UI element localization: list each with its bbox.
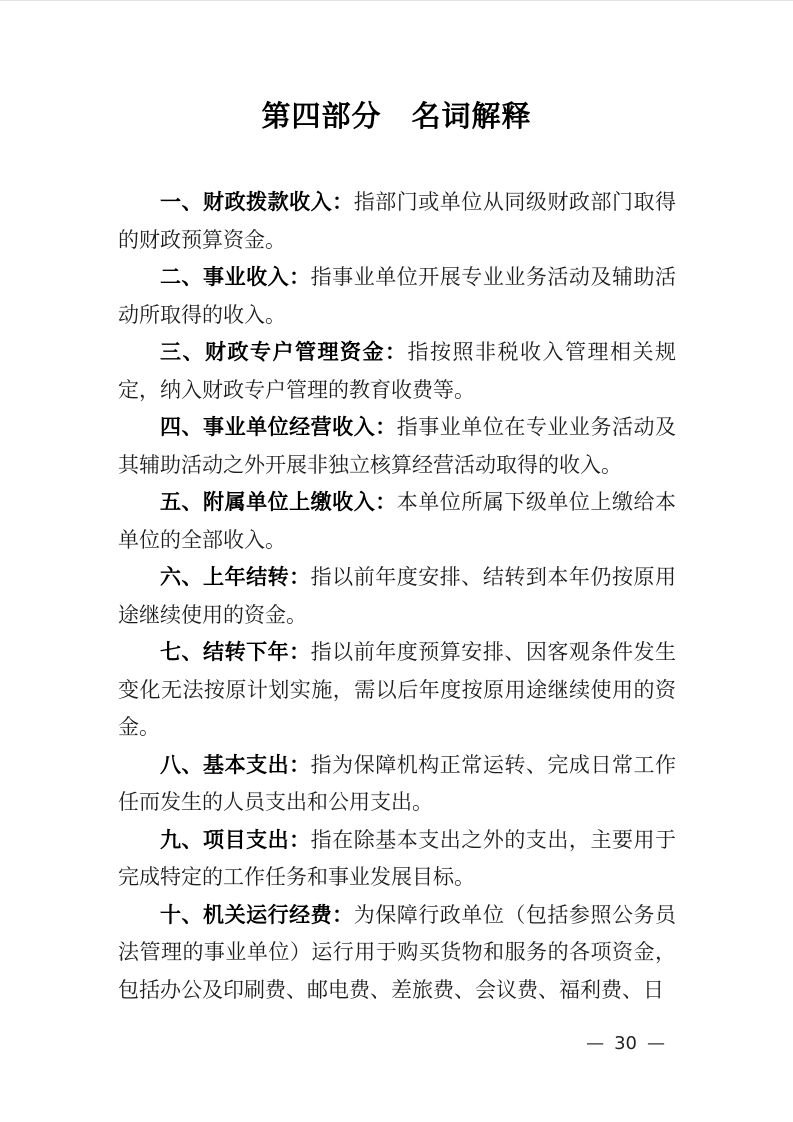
term-paragraph: 七、结转下年：指以前年度预算安排、因客观条件发生变化无法按原计划实施，需以后年度… (118, 634, 676, 747)
term-label: 四、事业单位经营收入： (160, 416, 397, 439)
term-paragraph: 六、上年结转：指以前年度安排、结转到本年仍按原用途继续使用的资金。 (118, 559, 676, 634)
term-paragraph: 二、事业收入：指事业单位开展专业业务活动及辅助活动所取得的收入。 (118, 259, 676, 334)
term-label: 十、机关运行经费： (160, 904, 354, 927)
page-title: 第四部分 名词解释 (0, 99, 793, 135)
term-label: 九、项目支出： (160, 829, 311, 852)
term-label: 一、财政拨款收入： (160, 191, 354, 214)
document-page: 第四部分 名词解释 一、财政拨款收入：指部门或单位从同级财政部门取得的财政预算资… (0, 0, 793, 1122)
term-label: 二、事业收入： (160, 266, 311, 289)
term-paragraph: 五、附属单位上缴收入：本单位所属下级单位上缴给本单位的全部收入。 (118, 484, 676, 559)
page-number: 30 (614, 1033, 637, 1054)
term-label: 七、结转下年： (160, 641, 311, 664)
term-paragraph: 十、机关运行经费：为保障行政单位（包括参照公务员法管理的事业单位）运行用于购买货… (118, 897, 676, 1010)
term-label: 六、上年结转： (160, 566, 311, 589)
term-paragraph: 九、项目支出：指在除基本支出之外的支出，主要用于完成特定的工作任务和事业发展目标… (118, 822, 676, 897)
document-body: 一、财政拨款收入：指部门或单位从同级财政部门取得的财政预算资金。 二、事业收入：… (118, 184, 676, 1009)
page-number-dash-left: — (586, 1033, 604, 1054)
term-label: 五、附属单位上缴收入： (160, 491, 397, 514)
page-number-dash-right: — (647, 1033, 665, 1054)
term-label: 三、财政专户管理资金： (160, 341, 408, 364)
term-paragraph: 三、财政专户管理资金：指按照非税收入管理相关规定，纳入财政专户管理的教育收费等。 (118, 334, 676, 409)
term-paragraph: 八、基本支出：指为保障机构正常运转、完成日常工作任而发生的人员支出和公用支出。 (118, 747, 676, 822)
term-paragraph: 一、财政拨款收入：指部门或单位从同级财政部门取得的财政预算资金。 (118, 184, 676, 259)
term-label: 八、基本支出： (160, 754, 311, 777)
page-footer: —30— (584, 1032, 667, 1056)
term-paragraph: 四、事业单位经营收入：指事业单位在专业业务活动及其辅助活动之外开展非独立核算经营… (118, 409, 676, 484)
